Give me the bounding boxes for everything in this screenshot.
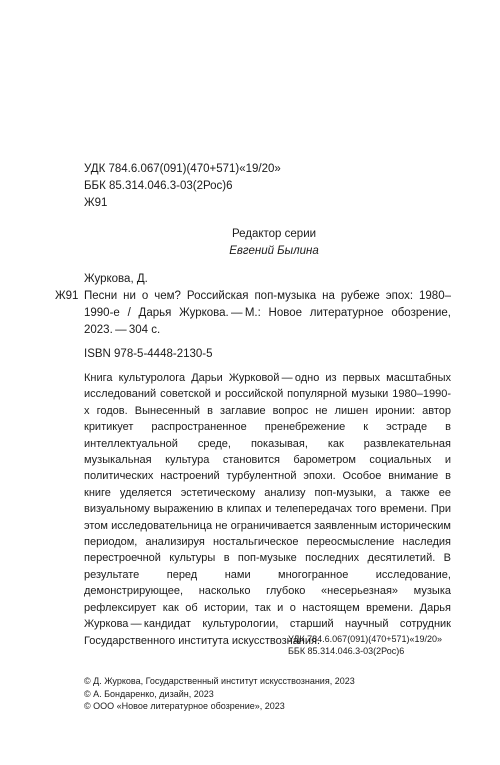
udk-line-small: УДК 784.6.067(091)(470+571)«19/20» [288, 633, 442, 645]
copyright-block: © Д. Журкова, Государственный институт и… [84, 675, 355, 713]
series-editor-label: Редактор серии [94, 226, 454, 243]
bbk-line-small: ББК 85.314.046.3-03(2Рос)6 [288, 645, 442, 657]
catalog-description: Песни ни о чем? Российская поп-музыка на… [84, 288, 451, 339]
top-classification-block: УДК 784.6.067(091)(470+571)«19/20» ББК 8… [84, 161, 281, 212]
udk-line: УДК 784.6.067(091)(470+571)«19/20» [84, 161, 281, 178]
bottom-classification-block: УДК 784.6.067(091)(470+571)«19/20» ББК 8… [288, 633, 442, 657]
series-editor-block: Редактор серии Евгений Былина [94, 226, 454, 260]
isbn: ISBN 978-5-4448-2130-5 [84, 346, 213, 363]
catalog-author-code: Ж91 [55, 288, 78, 305]
series-editor-name: Евгений Былина [94, 243, 454, 260]
copyright-line: © ООО «Новое литературное обозрение», 20… [84, 700, 355, 713]
copyright-line: © А. Бондаренко, дизайн, 2023 [84, 688, 355, 701]
annotation-paragraph: Книга культуролога Дарьи Журковой — одно… [84, 370, 451, 649]
catalog-author: Журкова, Д. [84, 271, 148, 288]
book-imprint-page: УДК 784.6.067(091)(470+571)«19/20» ББК 8… [0, 0, 500, 765]
catalog-entry: Ж91 Песни ни о чем? Российская поп-музык… [55, 288, 451, 339]
author-code: Ж91 [84, 195, 281, 212]
copyright-line: © Д. Журкова, Государственный институт и… [84, 675, 355, 688]
bbk-line: ББК 85.314.046.3-03(2Рос)6 [84, 178, 281, 195]
